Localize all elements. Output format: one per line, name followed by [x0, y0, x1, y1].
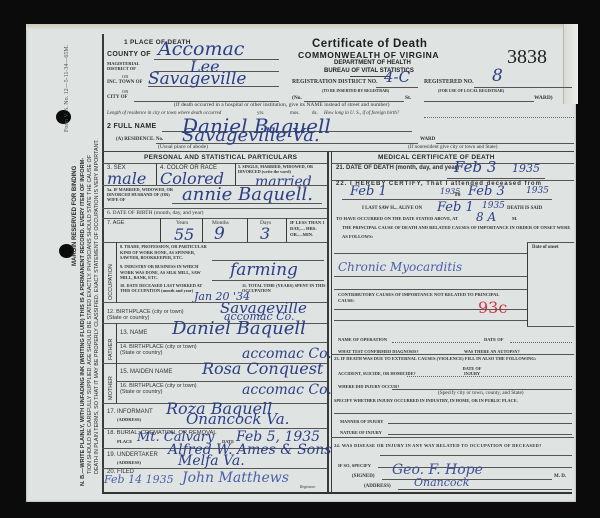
- spouse-line: [172, 203, 322, 204]
- instructions-line-2: TION SHOULD BE CAREFULLY SUPPLIED. AGE S…: [87, 155, 93, 474]
- mother-side-label: MOTHER: [108, 376, 114, 400]
- onset-column-divider: [527, 242, 528, 326]
- cause-of-death-value: Chronic Myocarditis: [338, 260, 462, 274]
- trade-label: 8. TRADE, PROFESSION, OR PARTICULAR KIND…: [120, 244, 210, 261]
- date-of-death-label: 21. DATE OF DEATH (month, day, and year): [336, 165, 459, 171]
- cell-divider: [116, 242, 117, 302]
- ward-label-2: WARD: [420, 137, 435, 142]
- foreign-birth-label: How long in U. S., if of foreign birth?: [324, 111, 399, 116]
- informant-address-label: (ADDRESS): [117, 417, 141, 422]
- last-saw-value: Feb 1: [437, 200, 474, 215]
- cause-line: [334, 320, 527, 321]
- foreign-birth-line: [424, 117, 574, 118]
- occurred-suffix: M.: [512, 216, 517, 221]
- mother-maiden-label: 15. MAIDEN NAME: [120, 369, 172, 375]
- informant-label: 17. INFORMANT: [107, 409, 153, 415]
- accident-line: [407, 376, 572, 377]
- street-line: [304, 101, 404, 102]
- industry-value: farming: [230, 260, 298, 280]
- occupation-related-line: [380, 455, 572, 456]
- row-line: [116, 342, 327, 343]
- certificate-number: 3838: [507, 46, 547, 69]
- residence-note: (Usual place of abode): [158, 144, 208, 150]
- attended-to-label: To: [454, 192, 460, 198]
- cell-divider: [202, 218, 203, 242]
- onset-column-bottom: [527, 326, 574, 327]
- cause-line: [334, 289, 527, 290]
- city-label: CITY OF: [107, 95, 128, 100]
- residence-value: Savageville Va.: [182, 125, 320, 146]
- cell-divider: [247, 218, 248, 242]
- manner-injury-label: MANNER OF INJURY: [340, 419, 383, 424]
- registered-no-label: REGISTERED NO.: [424, 79, 474, 85]
- form-bottom-border: [102, 492, 572, 494]
- father-side-label: FATHER: [108, 339, 114, 360]
- father-birthplace-label: 14. BIRTHPLACE (city or town) (State or …: [120, 344, 210, 356]
- instructions-line-3: DEATH IN PLAIN TERMS, SO THAT IT MAY BE …: [94, 139, 100, 474]
- occupation-side-label: OCCUPATION: [108, 264, 114, 300]
- row-line: [102, 218, 327, 219]
- operation-line: [392, 342, 480, 343]
- cause-line: [334, 253, 527, 254]
- specify-injury-label: SPECIFY WHETHER INJURY OCCURRED IN INDUS…: [334, 398, 574, 404]
- operation-date-line: [510, 342, 572, 343]
- md-suffix: M. D.: [554, 474, 566, 479]
- cell-divider: [116, 363, 117, 403]
- mother-birthplace-value: accomac Co.: [242, 382, 332, 398]
- where-injury-label: WHERE DID INJURY OCCUR?: [338, 384, 399, 389]
- nonresident-note: (If nonresident give city or town and St…: [408, 144, 497, 150]
- manner-injury-line: [388, 423, 572, 424]
- registration-district-label: REGISTRATION DISTRICT NO.: [292, 79, 378, 85]
- cell-divider: [116, 323, 117, 363]
- row-line: [102, 468, 327, 469]
- registration-district-note: (TO BE INSERTED BY REGISTRAR): [322, 88, 389, 93]
- hospital-note: (If death occurred in a hospital or othe…: [174, 102, 389, 108]
- nature-injury-label: NATURE OF INJURY: [340, 430, 382, 435]
- burial-place-label: PLACE: [117, 439, 132, 444]
- full-name-label: 2 FULL NAME: [107, 123, 156, 130]
- filed-date-value: Feb 14 1935: [104, 473, 174, 486]
- operation-label: NAME OF OPERATION: [338, 337, 387, 342]
- nature-injury-line: [388, 434, 572, 435]
- street-no-label: (No.: [292, 95, 302, 101]
- personal-header: PERSONAL AND STATISTICAL PARTICULARS: [144, 154, 297, 161]
- cause-line: [334, 276, 527, 277]
- attended-to-year: 1935: [526, 186, 549, 196]
- town-value: Savageville: [148, 69, 246, 89]
- commonwealth-title: Commonwealth of Virgina: [298, 50, 439, 60]
- accident-label: ACCIDENT, SUICIDE, OR HOMICIDE?: [338, 371, 416, 376]
- death-certificate: Form V. S. No. 12—5-11-34—65M. MARGIN RE…: [26, 24, 576, 502]
- cell-divider: [286, 218, 287, 242]
- total-time-label: 11. TOTAL TIME (YEARS) SPENT IN THIS OCC…: [242, 283, 327, 293]
- occurred-time-value: 8 A: [476, 210, 496, 224]
- industry-line: [212, 280, 324, 281]
- registrar-signature: John Matthews: [182, 470, 289, 486]
- district-label: MAGISTERIAL DISTRICT OF: [107, 61, 147, 71]
- ward-label: WARD): [534, 95, 553, 101]
- onset-column-top: [527, 242, 574, 243]
- where-injury-note: (Specify city or town, county, and State…: [438, 390, 524, 396]
- father-name-value: Daniel Baquell: [172, 318, 306, 339]
- cell-divider: [160, 218, 161, 242]
- physician-address-value: Onancock: [414, 476, 469, 489]
- occurred-label: TO HAVE OCCURRED ON THE DATE STATED ABOV…: [336, 216, 458, 221]
- column-divider: [327, 151, 329, 492]
- or-label-2: OR: [122, 89, 128, 94]
- street-label: St.: [405, 95, 411, 101]
- physician-address-line: [398, 489, 572, 490]
- months-value: 9: [214, 224, 225, 244]
- instructions-line-1: N. B.—WRITE PLAINLY, WITH UNFADING INK (…: [80, 158, 86, 486]
- form-number: Form V. S. No. 12—5-11-34—65M.: [64, 45, 70, 132]
- binding-note: MARGIN RESERVED FOR BINDING: [72, 166, 78, 266]
- cause-line: [334, 309, 527, 310]
- row-line: [102, 208, 327, 209]
- mother-maiden-value: Rosa Conquest: [202, 359, 323, 378]
- cell-divider: [235, 163, 236, 185]
- row-line: [331, 354, 574, 355]
- row-line: [334, 413, 572, 414]
- date-of-death-line: [447, 178, 545, 179]
- dob-label: 6. DATE OF BIRTH (month, day, and year): [107, 210, 203, 216]
- spouse-label: 5a. IF MARRIED, WIDOWED, OR DIVORCED HUS…: [107, 187, 177, 202]
- informant-address-value: Onancock Va.: [186, 410, 289, 428]
- attended-from-value: Feb 1: [350, 184, 387, 199]
- town-label: INC. TOWN OF: [107, 80, 143, 85]
- registrar-label: Registrar.: [300, 484, 316, 489]
- less-than-label: IF LESS THAN 1 DAY,.... HRS. OR.....MIN.: [290, 220, 328, 238]
- cause-code-value: 93c: [478, 298, 507, 317]
- physician-address-label: (ADDRESS): [364, 484, 391, 489]
- certificate-title: Certificate of Death: [312, 38, 427, 50]
- certificate-form: Certificate of Death Commonwealth of Vir…: [102, 24, 576, 494]
- ward-line: [424, 101, 534, 102]
- occupation-related-label: 24. WAS DISEASE OR INJURY IN ANY WAY REL…: [334, 440, 574, 451]
- marital-label: 5. SINGLE, MARRIED, WIDOWED, OR DIVORCED…: [238, 164, 328, 174]
- cause-intro-label: THE PRINCIPAL CAUSE OF DEATH AND RELATED…: [342, 223, 572, 241]
- undertaker-label: 19. UNDERTAKER: [107, 452, 158, 458]
- external-causes-label: 23. IF DEATH WAS DUE TO EXTERNAL CAUSES …: [334, 356, 574, 362]
- industry-label: 9. INDUSTRY OR BUSINESS IN WHICH WORK WA…: [120, 264, 210, 281]
- cell-divider: [156, 163, 157, 185]
- or-label: OR: [122, 74, 128, 79]
- days-value: 3: [260, 224, 270, 243]
- form-left-border: [102, 34, 104, 494]
- section-divider: [102, 151, 574, 152]
- date-of-onset-label: Date of onset: [532, 245, 559, 250]
- age-label: 7. AGE: [107, 220, 124, 226]
- spouse-value: annie Baquell.: [182, 184, 313, 205]
- row-line: [102, 242, 327, 243]
- undertaker-address-label: (ADDRESS): [117, 460, 141, 465]
- column-divider-2: [331, 151, 332, 492]
- attended-to-value: Feb 3: [468, 184, 505, 199]
- date-of-death-year: 1935: [512, 162, 540, 175]
- registered-no-value: 8: [492, 66, 503, 86]
- if-so-label: IF SO, SPECIFY: [338, 463, 371, 468]
- date-of-death-value: Feb 3: [454, 158, 496, 176]
- row-line: [331, 437, 574, 438]
- undertaker-address-value: Melfa Va.: [178, 453, 245, 469]
- mother-birthplace-label: 16. BIRTHPLACE (city or town) (State or …: [120, 383, 210, 395]
- department-title: Department of Health: [334, 60, 411, 66]
- operation-date-label: DATE OF: [484, 337, 504, 342]
- residence-label: (A) RESIDENCE. No.: [116, 137, 163, 142]
- last-saw-label: I LAST SAW H... ALIVE ON: [362, 206, 422, 211]
- death-said-label: DEATH IS SAID: [507, 206, 542, 211]
- registration-district-value: 4-C: [384, 68, 410, 86]
- county-label: COUNTY OF: [107, 51, 151, 58]
- injury-date-label: DATE OF INJURY: [457, 366, 487, 376]
- registered-no-note: (FOR USE OF LOCAL REGISTRAR): [438, 88, 504, 93]
- father-name-label: 13. NAME: [120, 330, 147, 336]
- signed-label: (SIGNED): [352, 474, 375, 479]
